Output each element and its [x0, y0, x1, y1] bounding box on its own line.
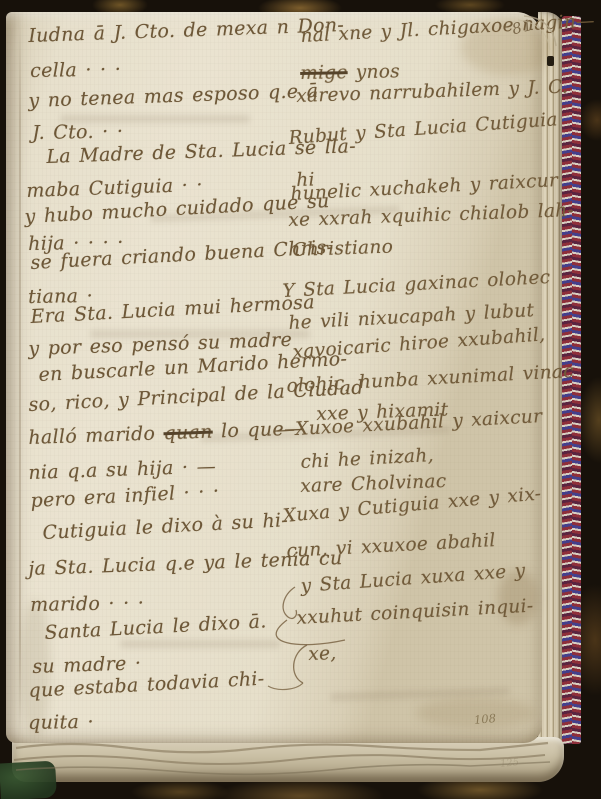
manuscript-line: olohic, hunba xxunimal vinac — [286, 361, 574, 397]
manuscript-line: cun, vi xxuxoe abahil — [286, 530, 496, 562]
manuscript-line: y Sta Lucia xuxa xxe y — [300, 560, 526, 597]
manuscript-line: Christiano — [292, 236, 393, 261]
manuscript-line: nal xne y Jl. chigaxoe nagin— — [300, 11, 595, 47]
manuscript-scan: Iudna ā J. Cto. de mexa n Don-cella · · … — [0, 0, 601, 799]
line-segment: ynos — [347, 61, 400, 83]
manuscript-line: Y Sta Lucia gaxinac olohec — [282, 267, 551, 302]
right-text-column: nal xne y Jl. chigaxoe nagin—mige ynosxa… — [0, 0, 601, 799]
struck-word: mige — [300, 62, 348, 84]
manuscript-line: xe, — [308, 643, 337, 665]
ink-blot — [547, 56, 554, 66]
bottom-page-number: 108 — [473, 711, 496, 727]
manuscript-line: chi he inizah, — [300, 445, 434, 473]
manuscript-line: hunelic xuchakeh y raixcur — [290, 170, 559, 205]
manuscript-line: xxuhut coinquisin inqui- — [296, 596, 534, 629]
manuscript-line: Rubut y Sta Lucia Cutiguia — [288, 109, 558, 149]
faint-corner-mark: 125 — [499, 757, 519, 770]
manuscript-line: mige ynos — [300, 61, 400, 84]
manuscript-line: xe xxrah xquihic chialob lah- — [288, 200, 574, 231]
